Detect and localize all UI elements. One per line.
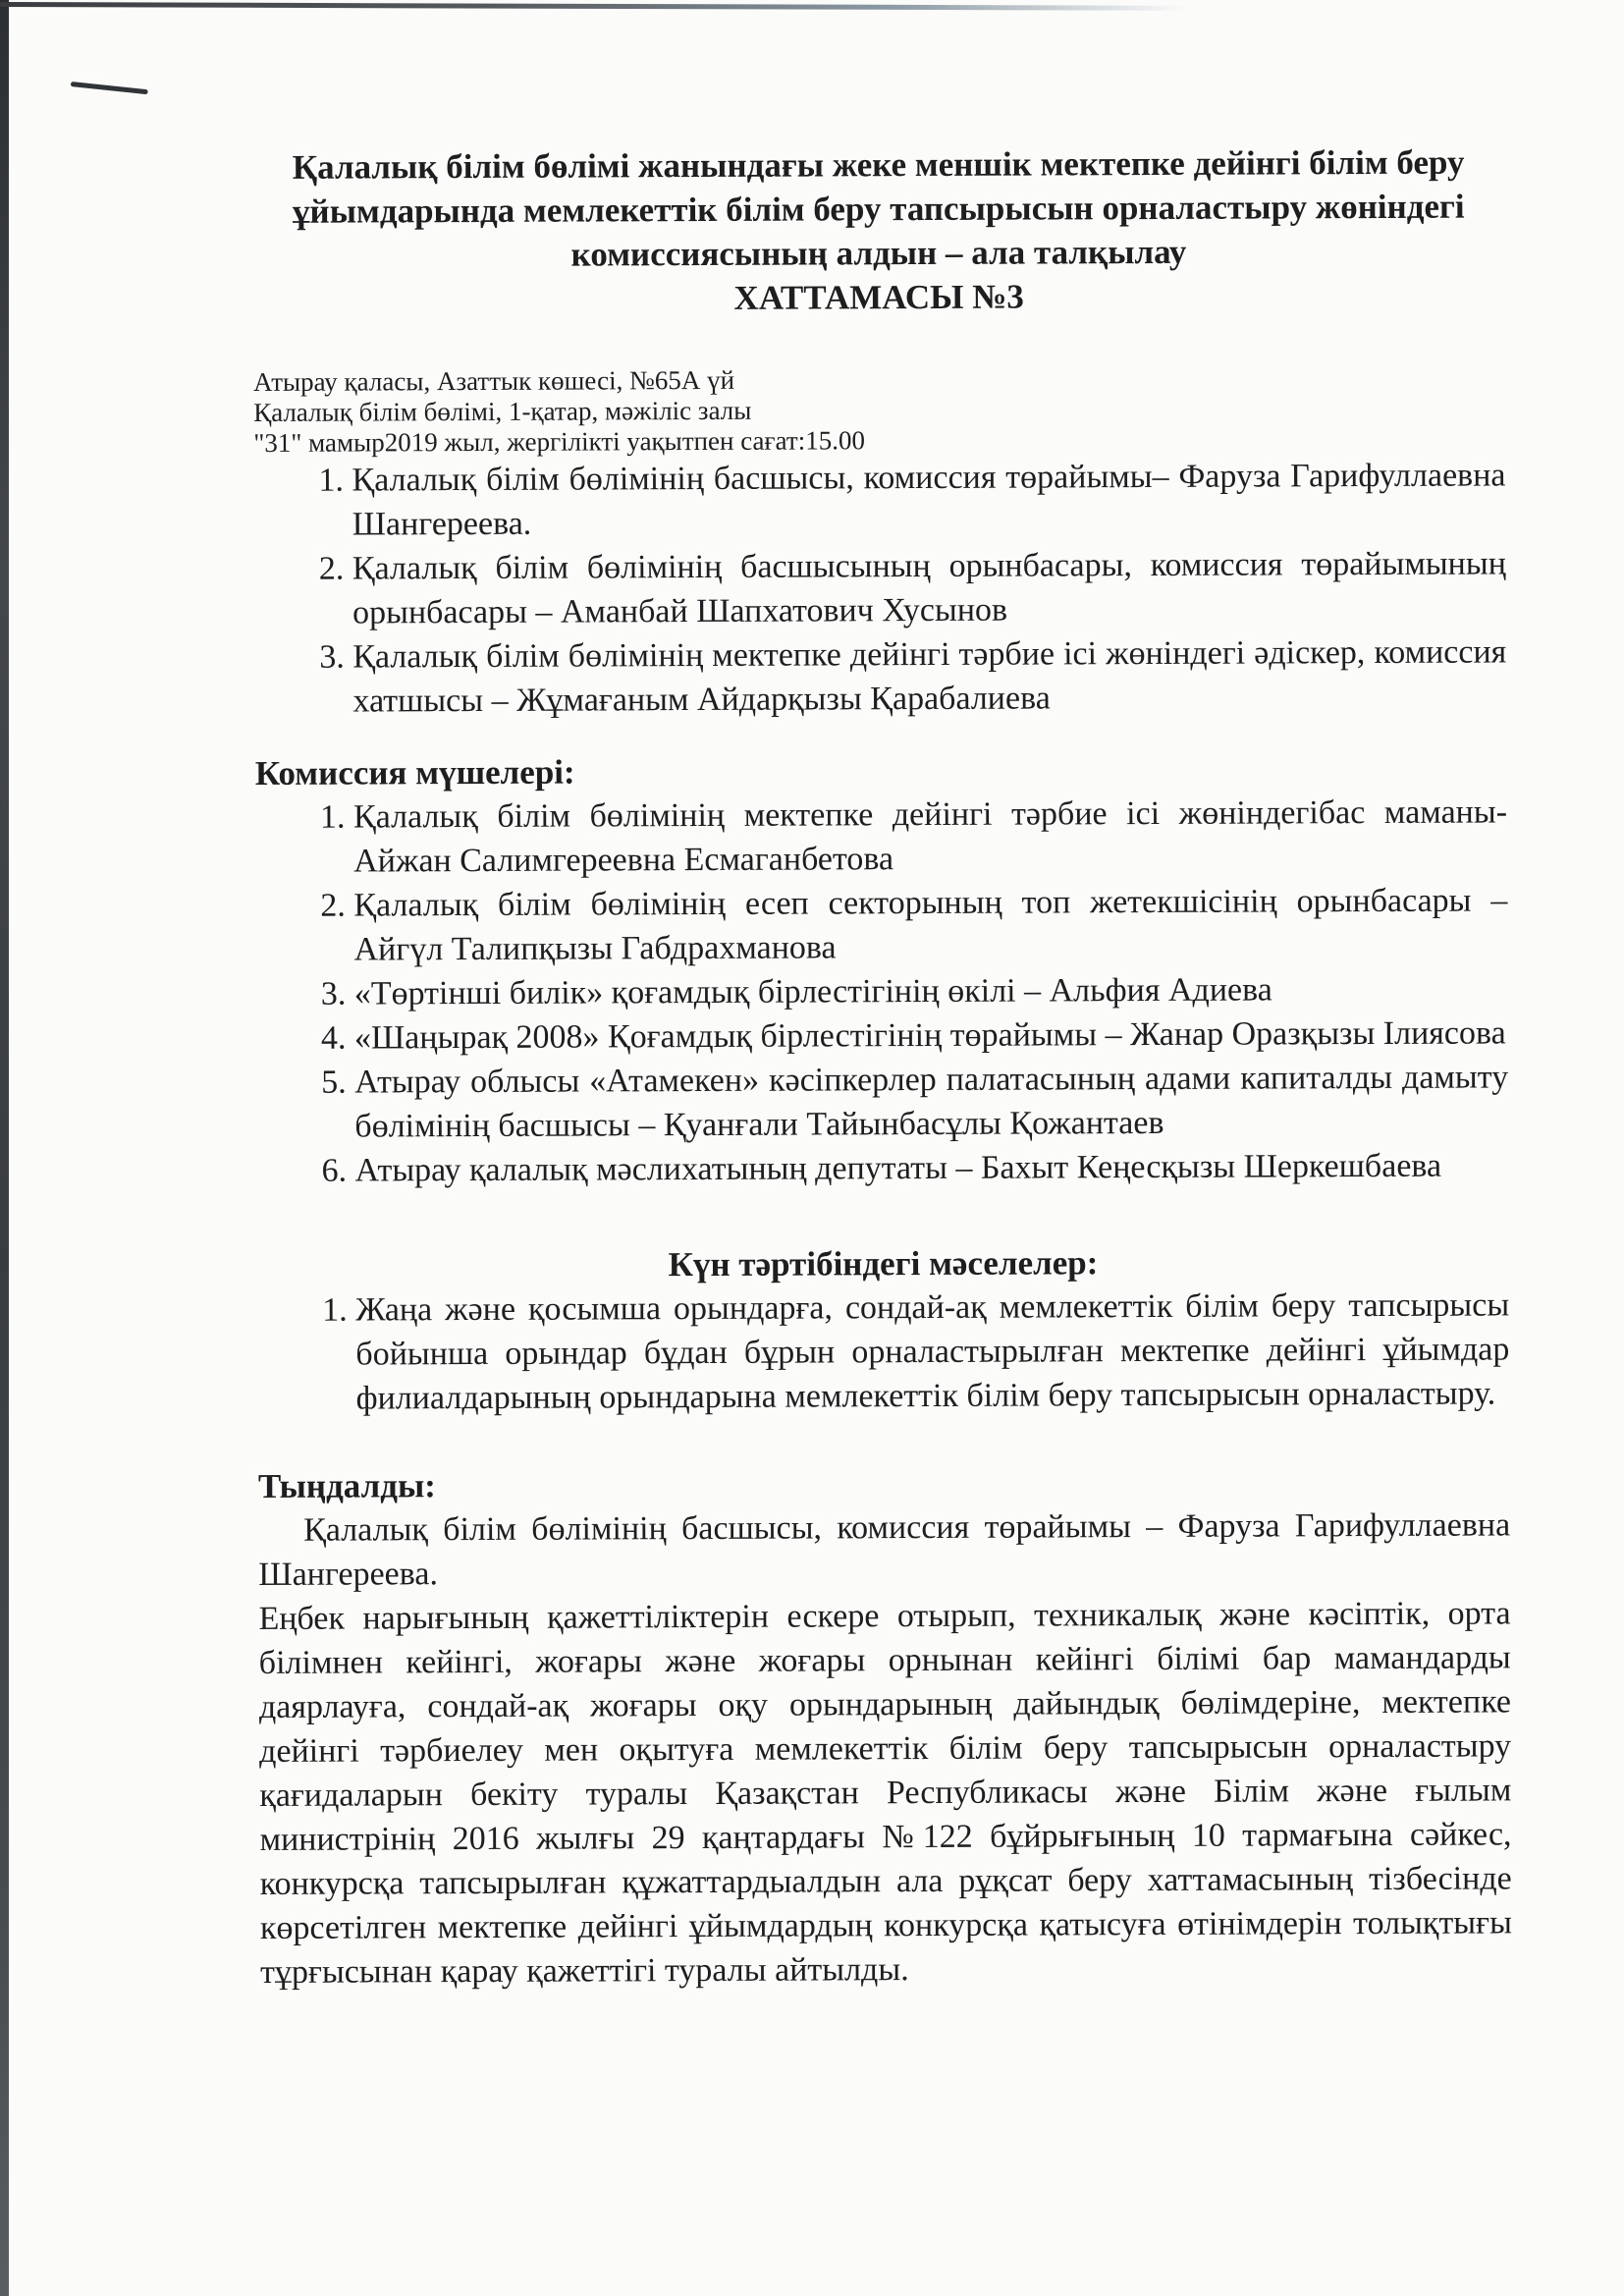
scanned-document-page: Қалалық білім бөлімі жанындағы жеке менш…: [0, 0, 1624, 2296]
commission-member-item: Атырау қалалық мәслихатының депутаты – Б…: [354, 1143, 1508, 1192]
presidium-item: Қалалық білім бөлімінің мектепке дейінгі…: [352, 629, 1506, 723]
commission-member-item: Атырау облысы «Атамекен» кәсіпкерлер пал…: [354, 1055, 1508, 1148]
commission-members-list: Қалалық білім бөлімінің мектепке дейінгі…: [255, 790, 1509, 1193]
presidium-list: Қалалық білім бөлімінің басшысы, комисси…: [253, 453, 1506, 724]
document-title: Қалалық білім бөлімі жанындағы жеке менш…: [252, 139, 1505, 322]
heard-heading: Тыңдалды:: [258, 1458, 1510, 1508]
commission-member-item: «Шаңырақ 2008» Қоғамдық бірлестігінің тө…: [354, 1011, 1508, 1060]
heard-paragraph-2: Еңбек нарығының қажеттіліктерін ескере о…: [258, 1591, 1512, 1995]
heard-paragraph-1: Қалалық білім бөлімінің басшысы, комисси…: [258, 1503, 1510, 1597]
presidium-item: Қалалық білім бөлімінің басшысының орынб…: [352, 541, 1506, 634]
agenda-item: Жаңа және қосымша орындарға, сондай-ақ м…: [355, 1283, 1510, 1420]
meta-block: Атырау қаласы, Азаттык көшесі, №65А үй Қ…: [253, 361, 1505, 459]
commission-member-item: Қалалық білім бөлімінің мектепке дейінгі…: [353, 790, 1507, 883]
title-line-1: Қалалық білім бөлімі жанындағы жеке менш…: [252, 139, 1504, 190]
commission-member-item: Қалалық білім бөлімінің есеп секторының …: [353, 878, 1507, 971]
scanner-edge-top: [0, 2, 1237, 11]
pen-mark: [71, 82, 148, 94]
scanner-edge-left: [0, 0, 9, 2296]
commission-member-item: «Төртінші билік» қоғамдық бірлестігінің …: [354, 966, 1508, 1015]
commission-heading: Комиссия мүшелері:: [255, 745, 1507, 795]
agenda-list: Жаңа және қосымша орындарға, сондай-ақ м…: [257, 1283, 1510, 1421]
protocol-number: ХАТТАМАСЫ №3: [253, 272, 1505, 322]
title-line-3: комиссиясының алдын – ала талқылау: [252, 228, 1504, 278]
agenda-heading: Күн тәртібіндегі мәселелер:: [257, 1238, 1509, 1288]
title-line-2: ұйымдарында мемлекеттік білім беру тапсы…: [252, 184, 1504, 234]
document-content: Қалалық білім бөлімі жанындағы жеке менш…: [252, 139, 1512, 1995]
presidium-item: Қалалық білім бөлімінің басшысы, комисси…: [352, 453, 1505, 546]
